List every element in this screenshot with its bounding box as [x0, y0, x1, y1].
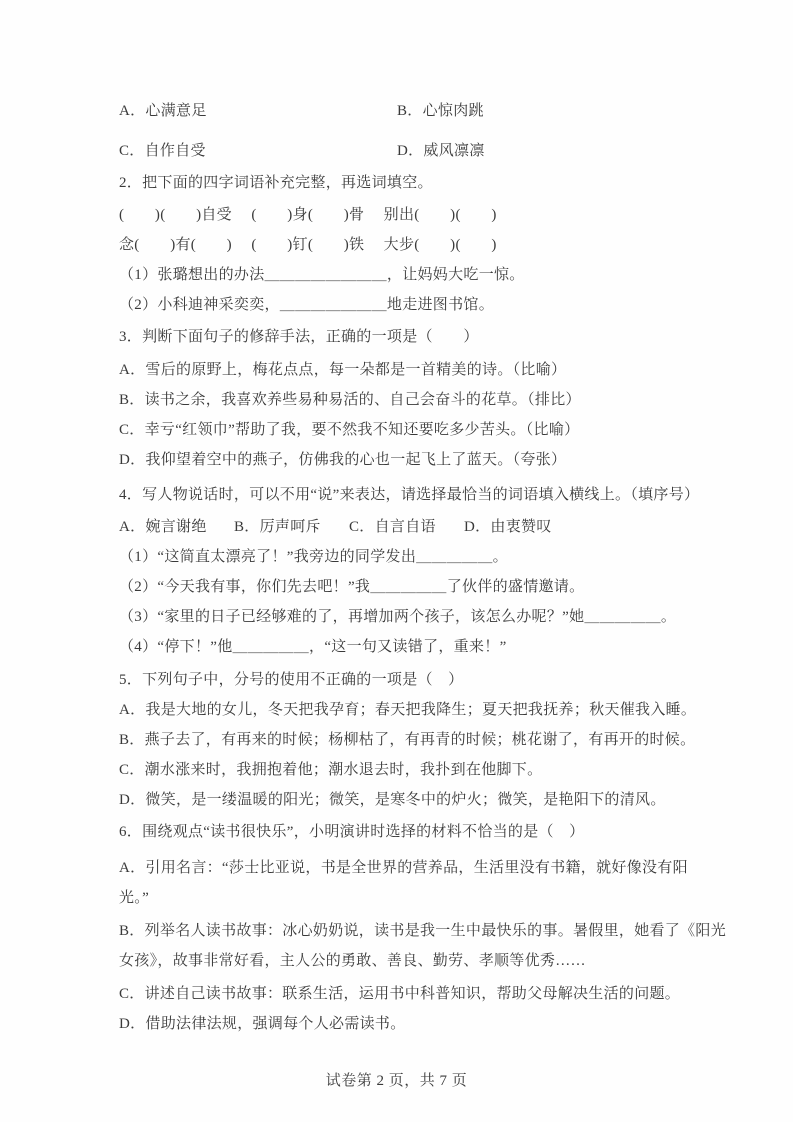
q1-option-b: B．心惊肉跳	[397, 96, 699, 126]
q6-option-b-line2: 女孩》，故事非常好看，主人公的勇敢、善良、勤劳、孝顺等优秀……	[119, 946, 699, 976]
q4-option-a: A．婉言谢绝	[119, 512, 234, 542]
q5-option-b: B．燕子去了，有再来的时候；杨柳枯了，有再青的时候；桃花谢了，有再开的时候。	[119, 725, 699, 755]
q5-option-c: C．潮水涨来时，我拥抱着他；潮水退去时，我扑到在他脚下。	[119, 755, 699, 785]
q5-option-a: A．我是大地的女儿，冬天把我孕育；春天把我降生；夏天把我抚养；秋天催我入睡。	[119, 695, 699, 725]
q4-option-d: D．由衷赞叹	[464, 512, 552, 542]
q6-option-a-line2: 光。”	[119, 883, 699, 913]
q4-sub1: （1）“这简直太漂亮了！”我旁边的同学发出＿＿＿＿＿。	[119, 542, 699, 572]
q3-option-d: D．我仰望着空中的燕子，仿佛我的心也一起飞上了蓝天。（夸张）	[119, 445, 699, 475]
q6-option-c: C．讲述自己读书故事：联系生活，运用书中科普知识，帮助父母解决生活的问题。	[119, 979, 699, 1009]
q2-sub1: （1）张璐想出的办法＿＿＿＿＿＿＿＿，让妈妈大吃一惊。	[119, 260, 699, 290]
q4-options-row: A．婉言谢绝 B．厉声呵斥 C．自言自语 D．由衷赞叹	[119, 512, 699, 542]
q5-stem: 5．下列句子中，分号的使用不正确的一项是（ ）	[119, 665, 699, 695]
q2-stem: 2．把下面的四字词语补充完整，再选词填空。	[119, 168, 699, 198]
q6-option-b-line1: B．列举名人读书故事：冰心奶奶说，读书是我一生中最快乐的事。暑假里，她看了《阳光	[119, 916, 699, 946]
q2-fill-row-2: 念( )有( ) ( )钉( )铁 大步( )( )	[119, 230, 699, 260]
q4-option-b: B．厉声呵斥	[234, 512, 349, 542]
q4-sub2: （2）“今天我有事，你们先去吧！”我＿＿＿＿＿了伙伴的盛情邀请。	[119, 572, 699, 602]
q1-option-d: D．威风凛凛	[397, 136, 699, 166]
q2-fill-row-1: ( )( )自受 ( )身( )骨 别出( )( )	[119, 200, 699, 230]
exam-content: A．心满意足 B．心惊肉跳 C．自作自受 D．威风凛凛 2．把下面的四字词语补充…	[119, 96, 699, 1039]
q3-option-b: B．读书之余，我喜欢养些易种易活的、自己会奋斗的花草。（排比）	[119, 385, 699, 415]
q3-stem: 3．判断下面句子的修辞手法，正确的一项是（ ）	[119, 322, 699, 352]
q3-option-c: C．幸亏“红领巾”帮助了我，要不然我不知还要吃多少苦头。（比喻）	[119, 415, 699, 445]
q1-option-a: A．心满意足	[119, 96, 397, 126]
exam-paper-page: A．心满意足 B．心惊肉跳 C．自作自受 D．威风凛凛 2．把下面的四字词语补充…	[0, 0, 793, 1122]
q1-option-c: C．自作自受	[119, 136, 397, 166]
q6-option-a-line1: A．引用名言：“莎士比亚说，书是全世界的营养品，生活里没有书籍，就好像没有阳	[119, 853, 699, 883]
q4-option-c: C．自言自语	[349, 512, 464, 542]
q1-options-row-2: C．自作自受 D．威风凛凛	[119, 136, 699, 166]
q1-options-row-1: A．心满意足 B．心惊肉跳	[119, 96, 699, 126]
q4-stem: 4．写人物说话时，可以不用“说”来表达，请选择最恰当的词语填入横线上。（填序号）	[119, 480, 699, 510]
q4-sub3: （3）“家里的日子已经够难的了，再增加两个孩子，该怎么办呢？”她＿＿＿＿＿。	[119, 602, 699, 632]
q6-option-d: D．借助法律法规，强调每个人必需读书。	[119, 1009, 699, 1039]
q5-option-d: D．微笑，是一缕温暖的阳光；微笑，是寒冬中的炉火；微笑，是艳阳下的清风。	[119, 785, 699, 815]
q6-stem: 6．围绕观点“读书很快乐”，小明演讲时选择的材料不恰当的是（ ）	[119, 817, 699, 847]
q3-option-a: A．雪后的原野上，梅花点点，每一朵都是一首精美的诗。（比喻）	[119, 355, 699, 385]
page-footer: 试卷第 2 页，共 7 页	[0, 1066, 793, 1096]
q4-sub4: （4）“停下！”他＿＿＿＿＿，“这一句又读错了，重来！”	[119, 632, 699, 662]
q2-sub2: （2）小科迪神采奕奕，＿＿＿＿＿＿＿地走进图书馆。	[119, 290, 699, 320]
